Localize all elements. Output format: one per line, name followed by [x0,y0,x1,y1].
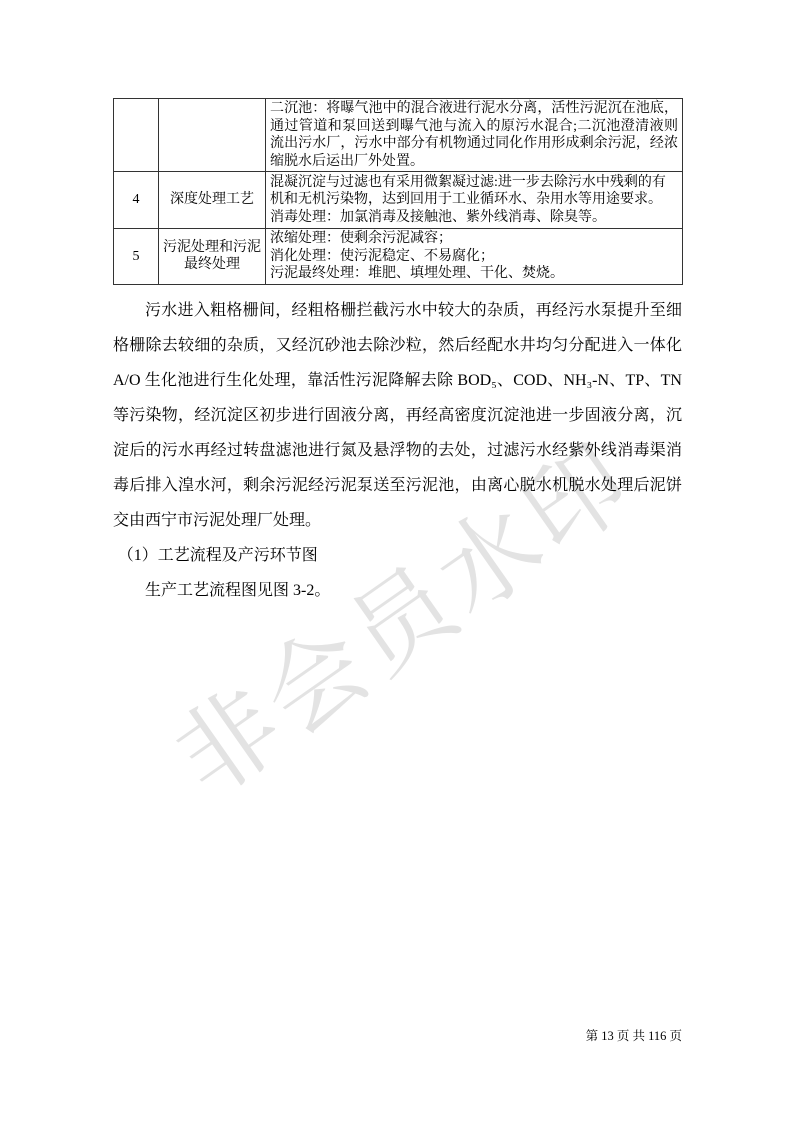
table-row: 4 深度处理工艺 混凝沉淀与过滤也有采用微絮凝过滤:进一步去除污水中残剩的有机和… [114,172,683,229]
figure-reference-line: 生产工艺流程图见图 3-2。 [113,573,682,608]
stage-name-cell: 深度处理工艺 [159,172,266,229]
table-row: 5 污泥处理和污泥最终处理 浓缩处理：使剩余污泥减容； 消化处理：使污泥稳定、不… [114,229,683,285]
stage-desc-cell: 浓缩处理：使剩余污泥减容； 消化处理：使污泥稳定、不易腐化； 污泥最终处理：堆肥… [266,229,683,285]
process-stages-table: 二沉池：将曝气池中的混合液进行泥水分离，活性污泥沉在池底，通过管道和泵回送到曝气… [113,98,683,285]
table-row: 二沉池：将曝气池中的混合液进行泥水分离，活性污泥沉在池底，通过管道和泵回送到曝气… [114,99,683,172]
stage-desc-cell: 混凝沉淀与过滤也有采用微絮凝过滤:进一步去除污水中残剩的有机和无机污染物，达到回… [266,172,683,229]
document-page: 非会员水印 二沉池：将曝气池中的混合液进行泥水分离，活性污泥沉在池底，通过管道和… [0,0,793,1122]
stage-desc-cell: 二沉池：将曝气池中的混合液进行泥水分离，活性污泥沉在池底，通过管道和泵回送到曝气… [266,99,683,172]
row-number-cell: 5 [114,229,159,285]
page-number-footer: 第 13 页 共 116 页 [586,1028,682,1044]
row-number-cell [114,99,159,172]
list-item-heading: （1）工艺流程及产污环节图 [113,538,682,573]
stage-name-cell: 污泥处理和污泥最终处理 [159,229,266,285]
page-content: 二沉池：将曝气池中的混合液进行泥水分离，活性污泥沉在池底，通过管道和泵回送到曝气… [113,98,682,608]
process-description-paragraph: 污水进入粗格栅间，经粗格栅拦截污水中较大的杂质，再经污水泵提升至细格栅除去较细的… [113,293,682,538]
stage-name-cell [159,99,266,172]
row-number-cell: 4 [114,172,159,229]
